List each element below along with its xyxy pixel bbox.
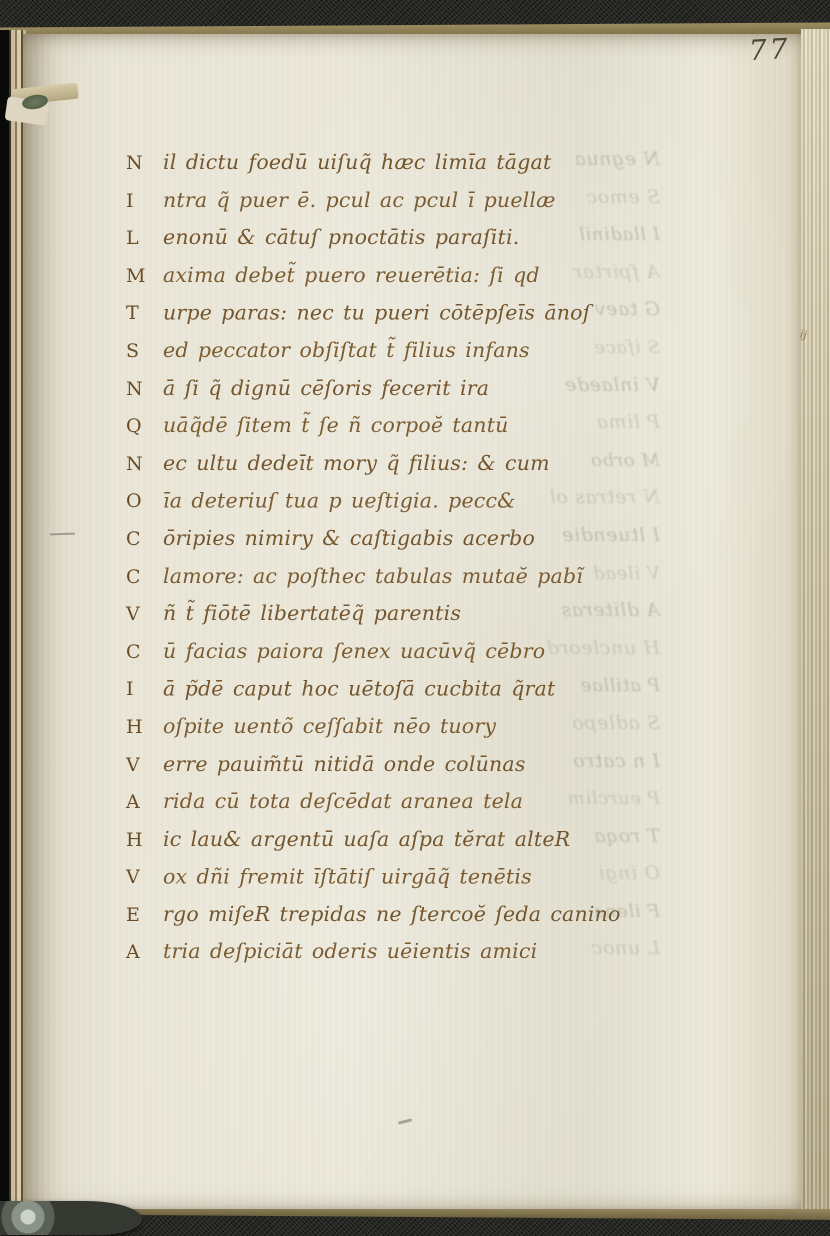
text-line: Cōripies nimiry & caſtigabis acerbo	[126, 521, 666, 559]
text-line: Hic lau& argentū uaſa aſpa tĕrat alteR	[126, 822, 666, 860]
text-line: Vox dñi fremit īſtātiſ uirgāq̃ tenētis	[126, 859, 666, 897]
line-initial: C	[126, 522, 163, 556]
line-text: ū facias paiora ſenex uacūvq̃ cēbro	[163, 634, 545, 668]
text-line: Clamore: ac poſthec tabulas mutaĕ pabĩ	[126, 559, 666, 597]
text-line: Oīa deteriuſ tua p ueſtigia. pecc&	[126, 483, 666, 521]
text-line: Nec ultu dedeīt mory q̃ filius: & cum	[126, 446, 666, 484]
fore-edge-pages	[801, 29, 830, 1209]
line-text: īa deteriuſ tua p ueſtigia. pecc&	[163, 484, 516, 518]
line-initial: V	[126, 860, 163, 894]
manuscript-photo: 77 ij N egnua S emoc I lladinil A fpirta…	[0, 0, 830, 1236]
text-line: Quāq̃dē ſitem t̃ ſe ñ corpoĕ tantū	[126, 408, 666, 446]
line-text: ec ultu dedeīt mory q̃ filius: & cum	[163, 446, 550, 480]
text-line: Arida cū tota deſcēdat aranea tela	[126, 784, 666, 822]
text-line: Nil dictu foedū uiſuq̃ hæc limīa tāgat	[126, 145, 666, 183]
line-text: rida cū tota deſcēdat aranea tela	[163, 784, 523, 818]
line-text: axima debet̃ puero reuerētia: ſi qd	[163, 258, 540, 292]
line-text: ed peccator obſiſtat t̃ filius infans	[163, 333, 530, 367]
text-line: Maxima debet̃ puero reuerētia: ſi qd	[126, 258, 666, 296]
line-text: rgo miſeR trepidas ne ſtercoĕ ſeda canin…	[163, 897, 621, 931]
line-initial: A	[126, 935, 163, 969]
line-initial: H	[126, 823, 163, 857]
line-initial: I	[126, 184, 163, 218]
line-text: lamore: ac poſthec tabulas mutaĕ pabĩ	[163, 559, 583, 593]
text-line: Hoſpite uentõ ceſſabit nēo tuory	[126, 709, 666, 747]
line-initial: C	[126, 560, 163, 594]
line-initial: N	[126, 447, 163, 481]
text-line: Nā ſi q̃ dignū cēſoris fecerit ira	[126, 371, 666, 409]
line-text: uāq̃dē ſitem t̃ ſe ñ corpoĕ tantū	[163, 408, 509, 442]
line-text: tria deſpiciāt oderis uēientis amici	[163, 934, 537, 968]
folio-number: 77	[748, 32, 791, 67]
text-line: Ergo miſeR trepidas ne ſtercoĕ ſeda cani…	[126, 897, 666, 935]
line-text: urpe paras: nec tu pueri cōtēpſeīs ānoſ	[163, 296, 591, 330]
line-initial: Q	[126, 409, 163, 443]
line-text: oſpite uentõ ceſſabit nēo tuory	[163, 709, 496, 743]
line-initial: H	[126, 710, 163, 744]
text-line: Atria deſpiciāt oderis uēientis amici	[126, 934, 666, 972]
line-initial: N	[126, 146, 163, 180]
binding-clasp	[0, 1201, 142, 1235]
line-text: enonū & cātuſ pnoctātis paraſiti.	[163, 220, 519, 254]
line-initial: C	[126, 635, 163, 669]
line-text: erre pauim̃tū nitidā onde colūnas	[163, 747, 526, 781]
text-line: Lenonū & cātuſ pnoctātis paraſiti.	[126, 220, 666, 258]
line-initial: N	[126, 372, 163, 406]
line-initial: T	[126, 296, 163, 330]
line-text: ntra q̃ puer ē. pcul ac pcul ī puellæ	[163, 183, 556, 217]
text-line: Sed peccator obſiſtat t̃ filius infans	[126, 333, 666, 371]
line-initial: E	[126, 898, 163, 932]
line-initial: I	[126, 672, 163, 706]
text-block: Nil dictu foedū uiſuq̃ hæc limīa tāgat I…	[126, 145, 666, 972]
text-line: Iā p̃dē caput hoc uētoſā cucbita q̃rat	[126, 671, 666, 709]
text-line: Cū facias paiora ſenex uacūvq̃ cēbro	[126, 634, 666, 672]
line-text: il dictu foedū uiſuq̃ hæc limīa tāgat	[163, 145, 551, 179]
line-initial: V	[126, 748, 163, 782]
text-line: Turpe paras: nec tu pueri cōtēpſeīs ānoſ	[126, 295, 666, 333]
line-initial: L	[126, 221, 163, 255]
line-text: ā ſi q̃ dignū cēſoris fecerit ira	[163, 371, 489, 405]
line-initial: V	[126, 597, 163, 631]
line-text: ā p̃dē caput hoc uētoſā cucbita q̃rat	[163, 672, 555, 706]
line-initial: M	[126, 259, 163, 293]
text-line: Verre pauim̃tū nitidā onde colūnas	[126, 747, 666, 785]
line-text: ñ t̃ fiōtē libertatēq̃ parentis	[163, 596, 461, 630]
text-line: Vñ t̃ fiōtē libertatēq̃ parentis	[126, 596, 666, 634]
line-text: ōripies nimiry & caſtigabis acerbo	[163, 521, 535, 555]
line-text: ic lau& argentū uaſa aſpa tĕrat alteR	[163, 822, 570, 856]
line-text: ox dñi fremit īſtātiſ uirgāq̃ tenētis	[163, 860, 532, 894]
line-initial: O	[126, 484, 163, 518]
line-initial: S	[126, 334, 163, 368]
text-line: Intra q̃ puer ē. pcul ac pcul ī puellæ	[126, 183, 666, 221]
line-initial: A	[126, 785, 163, 819]
